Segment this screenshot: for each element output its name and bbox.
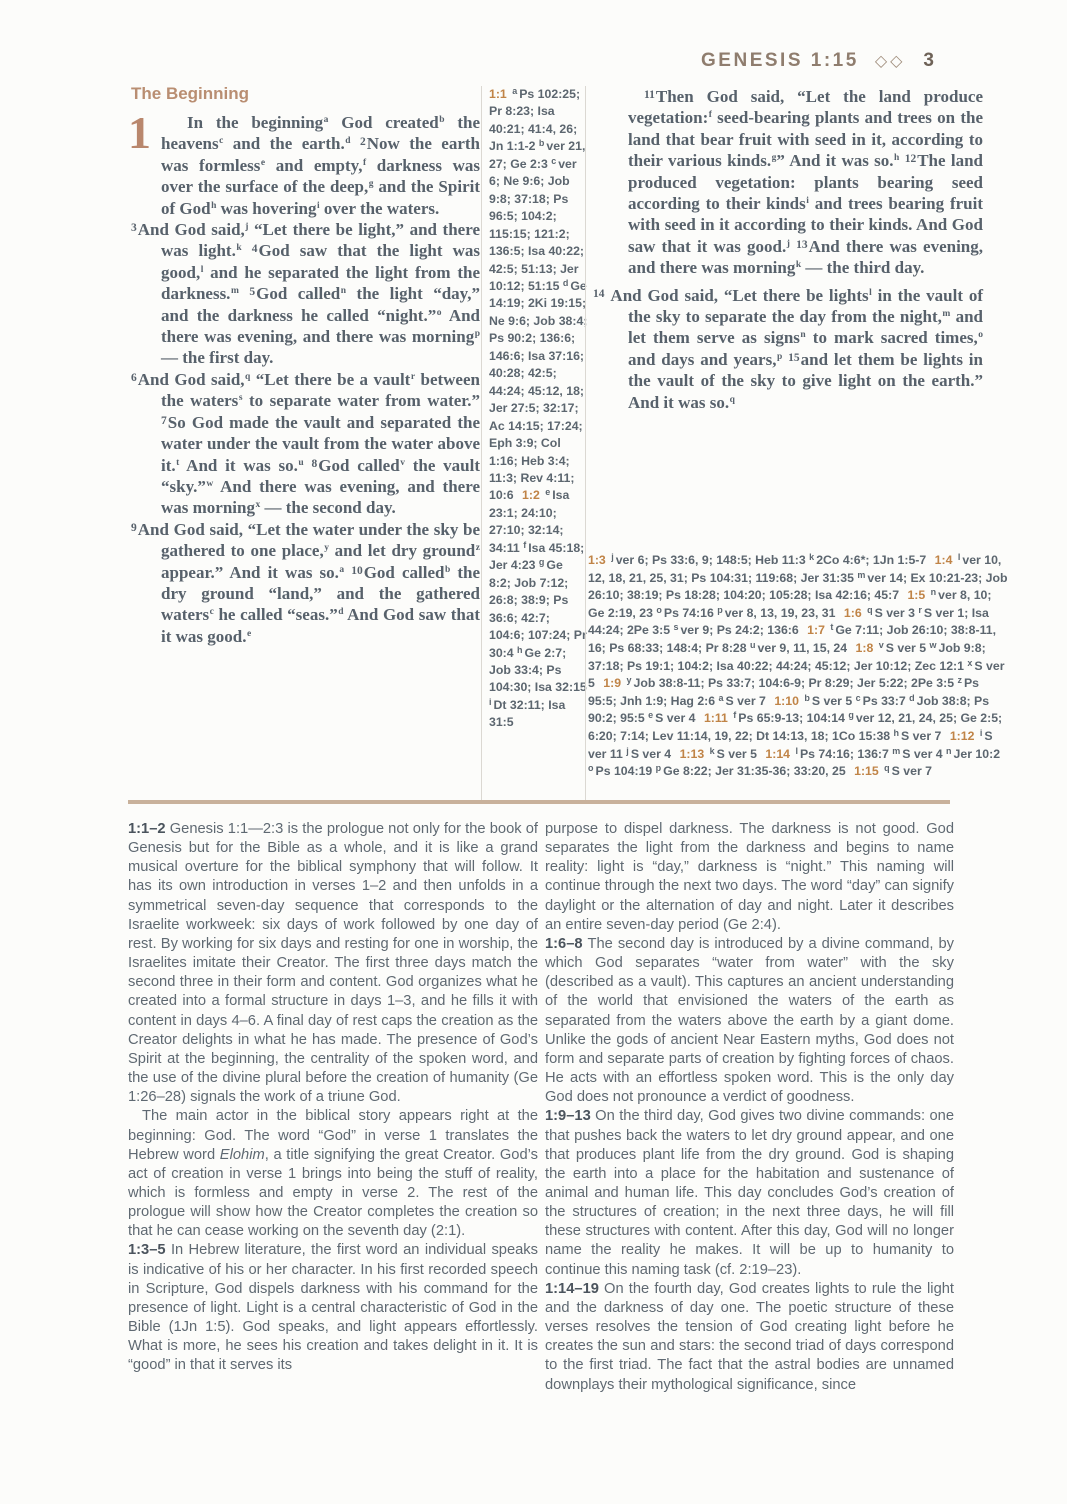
cross-ref-letter: g	[539, 557, 545, 567]
column-rule-right	[585, 86, 586, 800]
study-notes-column-right: purpose to dispel darkness. The darkness…	[545, 820, 954, 1395]
cross-ref-letter: r	[411, 372, 415, 382]
study-note-paragraph: 1:9–13 On the third day, God gives two d…	[545, 1107, 954, 1279]
note-lead: 1:6–8	[545, 936, 588, 952]
chapter-number-dropcap: 1	[128, 112, 158, 154]
section-heading: The Beginning	[131, 84, 249, 104]
scripture-column-right: 11Then God said, “Let the land produce v…	[593, 86, 983, 413]
cross-ref-letter: p	[717, 605, 723, 615]
cross-ref-letter: q	[245, 372, 250, 382]
cross-ref-letter: q	[730, 395, 735, 405]
running-head: GENESIS 1:15	[701, 50, 859, 71]
cross-ref-letter: o	[437, 308, 442, 318]
ref-verse-marker: 1:11	[699, 711, 730, 725]
ref-verse-marker: 1:12	[945, 729, 977, 743]
scripture-paragraph: 11Then God said, “Let the land produce v…	[593, 86, 983, 279]
scripture-paragraph: 9And God said, “Let the water under the …	[131, 519, 480, 647]
ref-verse-marker: 1:10	[769, 694, 801, 708]
cross-ref-letter: w	[206, 479, 213, 489]
ref-verse-marker: 1:8	[851, 641, 876, 655]
scripture-paragraph: 6And God said,q “Let there be a vaultr b…	[131, 369, 480, 519]
cross-ref-letter: r	[918, 605, 922, 615]
scripture-paragraph: 14 And God said, “Let there be lightsl i…	[593, 285, 983, 413]
verse-number: 12	[905, 153, 917, 165]
cross-ref-letter: g	[848, 710, 854, 720]
ref-verse-marker: 1:2	[517, 488, 542, 502]
cross-ref-letter: s	[673, 622, 678, 632]
scripture-paragraph: 3And God said,j “Let there be light,” an…	[131, 219, 480, 369]
cross-ref-letter: d	[909, 693, 915, 703]
cross-ref-letter: d	[338, 607, 343, 617]
cross-ref-letter: n	[800, 330, 805, 340]
cross-ref-letter: z	[476, 543, 480, 553]
note-lead: 1:3–5	[128, 1242, 171, 1258]
cross-ref-letter: a	[324, 115, 329, 125]
cross-ref-letter: j	[611, 552, 614, 562]
cross-ref-letter: v	[879, 640, 884, 650]
cross-ref-letter: l	[201, 265, 204, 275]
verse-number: 6	[131, 372, 137, 384]
cross-ref-letter: f	[733, 710, 736, 720]
verse-number: 3	[131, 222, 137, 234]
cross-ref-letter: l	[869, 288, 872, 298]
cross-ref-letter: p	[656, 763, 662, 773]
cross-ref-letter: g	[369, 179, 374, 189]
cross-ref-letter: k	[710, 746, 715, 756]
cross-ref-letter: a	[512, 86, 517, 96]
cross-ref-letter: f	[523, 540, 526, 550]
cross-ref-letter: o	[978, 330, 983, 340]
column-rule-left	[481, 86, 482, 800]
cross-ref-letter: e	[648, 710, 653, 720]
cross-ref-letter: b	[539, 138, 545, 148]
study-notes-column-left: 1:1–2 Genesis 1:1—2:3 is the prologue no…	[128, 820, 538, 1376]
verse-number: 10	[351, 565, 363, 577]
verse-number: 13	[796, 239, 808, 251]
verse-number: 14	[593, 288, 605, 300]
italic-term: Elohim	[220, 1147, 265, 1163]
cross-ref-letter: s	[239, 393, 243, 403]
cross-ref-letter: h	[894, 153, 899, 163]
ref-verse-marker: 1:13	[675, 747, 707, 761]
cross-ref-letter: h	[517, 645, 523, 655]
page-header: GENESIS 1:15◇◇3	[701, 50, 934, 72]
diamond-ornament-icon: ◇◇	[875, 53, 906, 70]
cross-ref-letter: l	[795, 746, 798, 756]
verse-number: 11	[644, 89, 655, 101]
note-lead: 1:14–19	[545, 1281, 604, 1297]
cross-ref-letter: y	[626, 675, 631, 685]
cross-ref-letter: f	[363, 158, 366, 168]
cross-ref-letter: i	[980, 728, 983, 738]
ref-verse-marker: 1:3	[588, 553, 608, 567]
verse-number: 9	[131, 522, 137, 534]
verse-number: 15	[788, 352, 800, 364]
cross-ref-letter: x	[255, 500, 260, 510]
cross-ref-letter: b	[804, 693, 810, 703]
cross-ref-letter: k	[236, 243, 241, 253]
ref-verse-marker: 1:9	[598, 676, 623, 690]
cross-ref-letter: c	[551, 156, 556, 166]
page-number: 3	[923, 50, 934, 71]
cross-ref-letter: e	[545, 487, 550, 497]
cross-ref-letter: y	[324, 543, 329, 553]
verse-number: 4	[252, 243, 258, 255]
cross-ref-letter: l	[958, 552, 961, 562]
cross-ref-letter: n	[931, 587, 937, 597]
ref-verse-marker: 1:14	[760, 747, 792, 761]
cross-ref-letter: a	[719, 693, 724, 703]
ref-verse-marker: 1:4	[930, 553, 955, 567]
cross-reference-column: 1:1 aPs 102:25; Pr 8:23; Isa 40:21; 41:4…	[489, 86, 588, 732]
study-note-paragraph: purpose to dispel darkness. The darkness…	[545, 820, 954, 935]
cross-ref-letter: h	[894, 728, 900, 738]
cross-ref-letter: c	[210, 607, 214, 617]
cross-ref-letter: i	[806, 196, 809, 206]
study-note-paragraph: 1:14–19 On the fourth day, God creates l…	[545, 1280, 954, 1395]
ref-verse-marker: 1:15	[849, 764, 881, 778]
cross-ref-letter: b	[439, 115, 444, 125]
cross-ref-letter: q	[867, 605, 873, 615]
cross-ref-letter: b	[445, 565, 450, 575]
study-note-paragraph: 1:6–8 The second day is introduced by a …	[545, 935, 954, 1107]
cross-ref-letter: k	[796, 260, 801, 270]
cross-ref-letter: o	[588, 763, 594, 773]
cross-ref-letter: u	[750, 640, 756, 650]
cross-ref-letter: h	[211, 201, 216, 211]
cross-ref-letter: j	[245, 222, 248, 232]
verse-number: 5	[249, 286, 255, 298]
cross-ref-letter: m	[857, 570, 865, 580]
cross-ref-letter: m	[942, 309, 950, 319]
cross-reference-block: 1:3 jver 6; Ps 33:6, 9; 148:5; Heb 11:3 …	[588, 552, 1009, 781]
cross-ref-letter: m	[892, 746, 900, 756]
cross-ref-letter: v	[400, 458, 405, 468]
scripture-column-left: 1In the beginninga God createdb the heav…	[131, 112, 480, 647]
study-note-paragraph: The main actor in the biblical story app…	[128, 1107, 538, 1241]
ref-verse-marker: 1:6	[839, 606, 864, 620]
study-note-paragraph: 1:3–5 In Hebrew literature, the first wo…	[128, 1241, 538, 1375]
cross-ref-letter: i	[489, 697, 492, 707]
cross-ref-letter: w	[930, 640, 937, 650]
verse-number: 7	[161, 415, 167, 427]
bible-page: GENESIS 1:15◇◇3 The Beginning 1In the be…	[0, 0, 1067, 1504]
cross-ref-letter: p	[777, 352, 782, 362]
study-note-paragraph: 1:1–2 Genesis 1:1—2:3 is the prologue no…	[128, 820, 538, 1107]
cross-ref-letter: n	[341, 286, 346, 296]
cross-ref-letter: c	[856, 693, 861, 703]
cross-ref-letter: d	[345, 136, 350, 146]
section-divider	[128, 800, 950, 804]
note-lead: 1:9–13	[545, 1108, 595, 1124]
scripture-paragraph: 1In the beginninga God createdb the heav…	[131, 112, 480, 219]
note-lead: 1:1–2	[128, 821, 170, 837]
verse-number: 2	[360, 136, 366, 148]
cross-ref-letter: i	[317, 201, 320, 211]
ref-verse-marker: 1:1	[489, 87, 509, 101]
cross-ref-letter: z	[957, 675, 962, 685]
ref-verse-marker: 1:7	[802, 623, 827, 637]
cross-ref-letter: k	[809, 552, 814, 562]
cross-ref-letter: a	[339, 565, 344, 575]
cross-ref-letter: u	[298, 458, 303, 468]
cross-ref-letter: x	[967, 658, 972, 668]
verse-number: 8	[311, 458, 317, 470]
cross-ref-letter: n	[946, 746, 952, 756]
cross-ref-letter: o	[656, 605, 662, 615]
cross-ref-letter: j	[626, 746, 629, 756]
cross-ref-letter: d	[563, 278, 569, 288]
ref-verse-marker: 1:5	[902, 588, 927, 602]
cross-ref-letter: p	[475, 329, 480, 339]
cross-ref-letter: c	[219, 136, 223, 146]
cross-ref-letter: e	[261, 158, 265, 168]
cross-ref-letter: t	[176, 458, 179, 468]
cross-ref-letter: q	[884, 763, 890, 773]
cross-ref-letter: g	[772, 153, 777, 163]
cross-ref-letter: m	[231, 286, 239, 296]
cross-ref-letter: t	[830, 622, 833, 632]
cross-ref-letter: f	[709, 110, 712, 120]
cross-ref-letter: j	[787, 239, 790, 249]
cross-ref-letter: e	[247, 629, 251, 639]
